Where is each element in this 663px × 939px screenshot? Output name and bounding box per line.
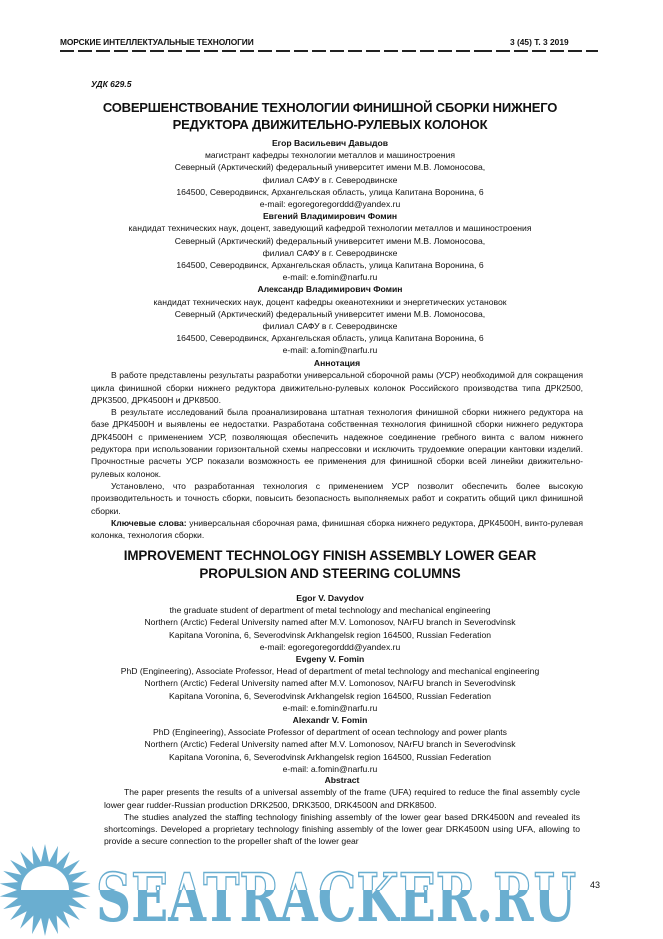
keywords-paragraph: Ключевые слова: универсальная сборочная … [91, 517, 583, 542]
abstract-paragraph: The paper presents the results of a univ… [104, 786, 580, 811]
author-line: the graduate student of department of me… [60, 604, 600, 616]
title-ru-line: СОВЕРШЕНСТВОВАНИЕ ТЕХНОЛОГИИ ФИНИШНОЙ СБ… [60, 99, 600, 116]
abstract-paragraph: Установлено, что разработанная технологи… [91, 480, 583, 517]
author-block: Egor V. Davydov the graduate student of … [60, 592, 600, 653]
authors-en: Egor V. Davydov the graduate student of … [60, 592, 600, 775]
svg-text:SEATRACKER.RU: SEATRACKER.RU [96, 859, 576, 937]
title-en-line: IMPROVEMENT TECHNOLOGY FINISH ASSEMBLY L… [60, 547, 600, 565]
author-line: Kapitana Voronina, 6, Severodvinsk Arkha… [60, 690, 600, 702]
journal-page: МОРСКИЕ ИНТЕЛЛЕКТУАЛЬНЫЕ ТЕХНОЛОГИИ 3 (4… [0, 0, 663, 939]
author-block: Alexandr V. Fomin PhD (Engineering), Ass… [60, 714, 600, 775]
seatracker-watermark: SEATRACKER.RU SEATRACKER.RU [0, 838, 663, 939]
udk-code: УДК 629.5 [91, 79, 131, 89]
author-line: PhD (Engineering), Associate Professor o… [60, 726, 600, 738]
abstract-paragraph: В результате исследований была проанализ… [91, 406, 583, 480]
watermark-text: SEATRACKER.RU SEATRACKER.RU [96, 859, 576, 937]
author-line: Северный (Арктический) федеральный униве… [60, 308, 600, 320]
author-line: Northern (Arctic) Federal University nam… [60, 616, 600, 628]
abstract-paragraph: В работе представлены результаты разрабо… [91, 369, 583, 406]
title-ru-line: РЕДУКТОРА ДВИЖИТЕЛЬНО-РУЛЕВЫХ КОЛОНОК [60, 116, 600, 133]
author-line: Kapitana Voronina, 6, Severodvinsk Arkha… [60, 629, 600, 641]
author-line: филиал САФУ в г. Северодвинске [60, 247, 600, 259]
author-line: 164500, Северодвинск, Архангельская обла… [60, 259, 600, 271]
author-line: филиал САФУ в г. Северодвинске [60, 174, 600, 186]
author-email[interactable]: e-mail: egoregoregorddd@yandex.ru [60, 641, 600, 653]
author-name: Евгений Владимирович Фомин [60, 210, 600, 222]
author-line: магистрант кафедры технологии металлов и… [60, 149, 600, 161]
author-block: Евгений Владимирович Фомин кандидат техн… [60, 210, 600, 283]
svg-text:SEATRACKER.RU: SEATRACKER.RU [96, 859, 576, 937]
author-email[interactable]: e-mail: egoregoregorddd@yandex.ru [60, 198, 600, 210]
author-name: Alexandr V. Fomin [60, 714, 600, 726]
header-rule-right [478, 50, 598, 52]
author-line: Northern (Arctic) Federal University nam… [60, 677, 600, 689]
authors-ru: Егор Васильевич Давыдов магистрант кафед… [60, 137, 600, 357]
author-block: Evgeny V. Fomin PhD (Engineering), Assoc… [60, 653, 600, 714]
author-line: Northern (Arctic) Federal University nam… [60, 738, 600, 750]
author-line: PhD (Engineering), Associate Professor, … [60, 665, 600, 677]
author-email[interactable]: e-mail: a.fomin@narfu.ru [60, 344, 600, 356]
author-name: Александр Владимирович Фомин [60, 283, 600, 295]
abstract-ru-heading: Аннотация [91, 357, 583, 369]
author-line: филиал САФУ в г. Северодвинске [60, 320, 600, 332]
abstract-paragraph: The studies analyzed the staffing techno… [104, 811, 580, 848]
title-ru: СОВЕРШЕНСТВОВАНИЕ ТЕХНОЛОГИИ ФИНИШНОЙ СБ… [60, 99, 600, 133]
header-rule [60, 50, 478, 52]
author-line: Северный (Арктический) федеральный униве… [60, 235, 600, 247]
author-name: Egor V. Davydov [60, 592, 600, 604]
author-email[interactable]: e-mail: e.fomin@narfu.ru [60, 702, 600, 714]
author-line: Северный (Арктический) федеральный униве… [60, 161, 600, 173]
author-name: Evgeny V. Fomin [60, 653, 600, 665]
abstract-ru: Аннотация В работе представлены результа… [91, 357, 583, 541]
author-line: 164500, Северодвинск, Архангельская обла… [60, 186, 600, 198]
abstract-en-heading: Abstract [104, 774, 580, 786]
running-head-issue: 3 (45) Т. 3 2019 [510, 37, 569, 47]
keywords-label: Ключевые слова: [111, 518, 187, 528]
author-email[interactable]: e-mail: e.fomin@narfu.ru [60, 271, 600, 283]
author-line: 164500, Северодвинск, Архангельская обла… [60, 332, 600, 344]
author-line: Kapitana Voronina, 6, Severodvinsk Arkha… [60, 751, 600, 763]
author-line: кандидат технических наук, доцент кафедр… [60, 296, 600, 308]
running-head-journal: МОРСКИЕ ИНТЕЛЛЕКТУАЛЬНЫЕ ТЕХНОЛОГИИ [60, 37, 478, 47]
author-line: кандидат технических наук, доцент, завед… [60, 222, 600, 234]
title-en-line: PROPULSION AND STEERING COLUMNS [60, 565, 600, 583]
sun-icon [0, 844, 91, 936]
abstract-en: Abstract The paper presents the results … [104, 774, 580, 848]
title-en: IMPROVEMENT TECHNOLOGY FINISH ASSEMBLY L… [60, 547, 600, 582]
author-block: Александр Владимирович Фомин кандидат те… [60, 283, 600, 356]
page-number: 43 [590, 880, 600, 890]
author-block: Егор Васильевич Давыдов магистрант кафед… [60, 137, 600, 210]
author-name: Егор Васильевич Давыдов [60, 137, 600, 149]
